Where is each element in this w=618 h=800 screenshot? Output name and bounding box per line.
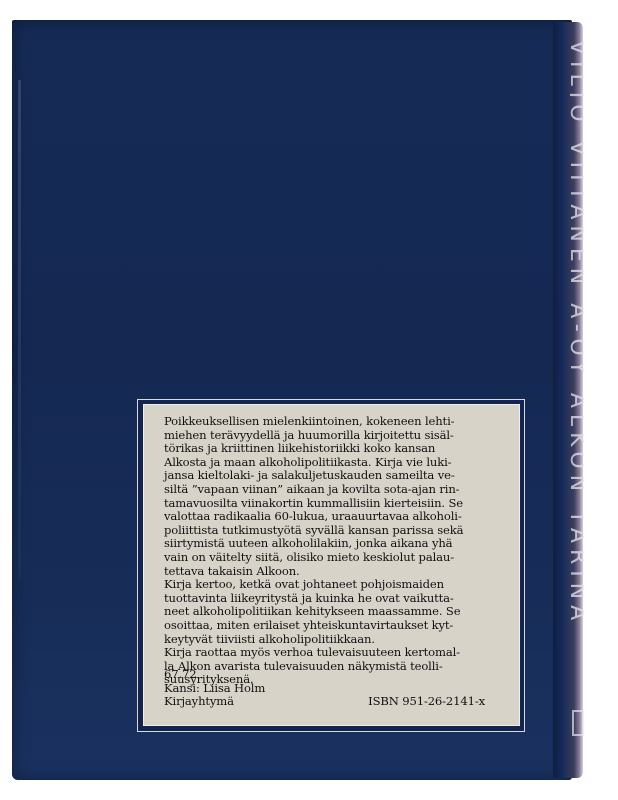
publisher-name: Kirjayhtymä — [164, 695, 234, 709]
classification-code: 67.72 — [164, 668, 499, 682]
publisher-logo-icon — [572, 710, 584, 736]
isbn: ISBN 951-26-2141-x — [368, 695, 485, 709]
blurb-paragraph: Poikkeuksellisen mielenkiintoinen, koken… — [164, 415, 509, 578]
blurb-panel: Poikkeuksellisen mielenkiintoinen, koken… — [143, 404, 520, 726]
publisher-row: Kirjayhtymä ISBN 951-26-2141-x — [164, 695, 499, 709]
blurb-paragraph: Kirja kertoo, ketkä ovat johtaneet pohjo… — [164, 578, 509, 646]
blurb-text: Poikkeuksellisen mielenkiintoinen, koken… — [164, 415, 509, 687]
spine-title-text: VILJO VIITANEN A-OY ALKON TARINA — [570, 40, 584, 626]
spine-title: VILJO VIITANEN A-OY ALKON TARINA — [570, 40, 584, 730]
colophon: 67.72 Kansi: Liisa Holm Kirjayhtymä ISBN… — [164, 668, 499, 709]
cover-credit: Kansi: Liisa Holm — [164, 682, 499, 696]
